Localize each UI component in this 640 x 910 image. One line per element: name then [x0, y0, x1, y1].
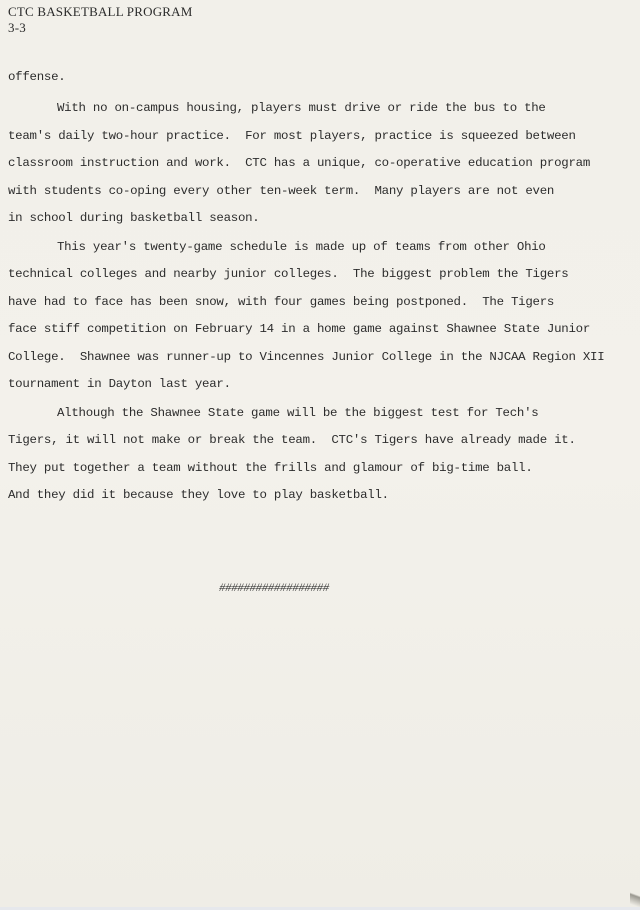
document-page: CTC BASKETBALL PROGRAM 3-3 offense. With… — [0, 0, 640, 910]
paragraph-start-line: This year's twenty-game schedule is made… — [57, 239, 546, 255]
body-line: team's daily two-hour practice. For most… — [8, 128, 576, 144]
page-corner-curl — [630, 874, 640, 910]
body-line: tournament in Dayton last year. — [8, 376, 231, 392]
body-line: classroom instruction and work. CTC has … — [8, 155, 590, 171]
body-line: face stiff competition on February 14 in… — [8, 321, 590, 337]
body-line: technical colleges and nearby junior col… — [8, 266, 568, 282]
body-line: Tigers, it will not make or break the te… — [8, 432, 576, 448]
body-line: College. Shawnee was runner-up to Vincen… — [8, 349, 604, 365]
document-header: CTC BASKETBALL PROGRAM 3-3 — [8, 4, 193, 36]
page-number: 3-3 — [8, 20, 193, 36]
document-title: CTC BASKETBALL PROGRAM — [8, 4, 193, 20]
end-of-document-mark: ################## — [219, 583, 329, 595]
body-line: And they did it because they love to pla… — [8, 487, 389, 503]
body-line: with students co-oping every other ten-w… — [8, 183, 554, 199]
body-line: have had to face has been snow, with fou… — [8, 294, 554, 310]
paragraph-start-line: Although the Shawnee State game will be … — [57, 405, 538, 421]
body-line: in school during basketball season. — [8, 210, 260, 226]
body-line: offense. — [8, 69, 66, 85]
body-line: They put together a team without the fri… — [8, 460, 533, 476]
paragraph-start-line: With no on-campus housing, players must … — [57, 100, 546, 116]
